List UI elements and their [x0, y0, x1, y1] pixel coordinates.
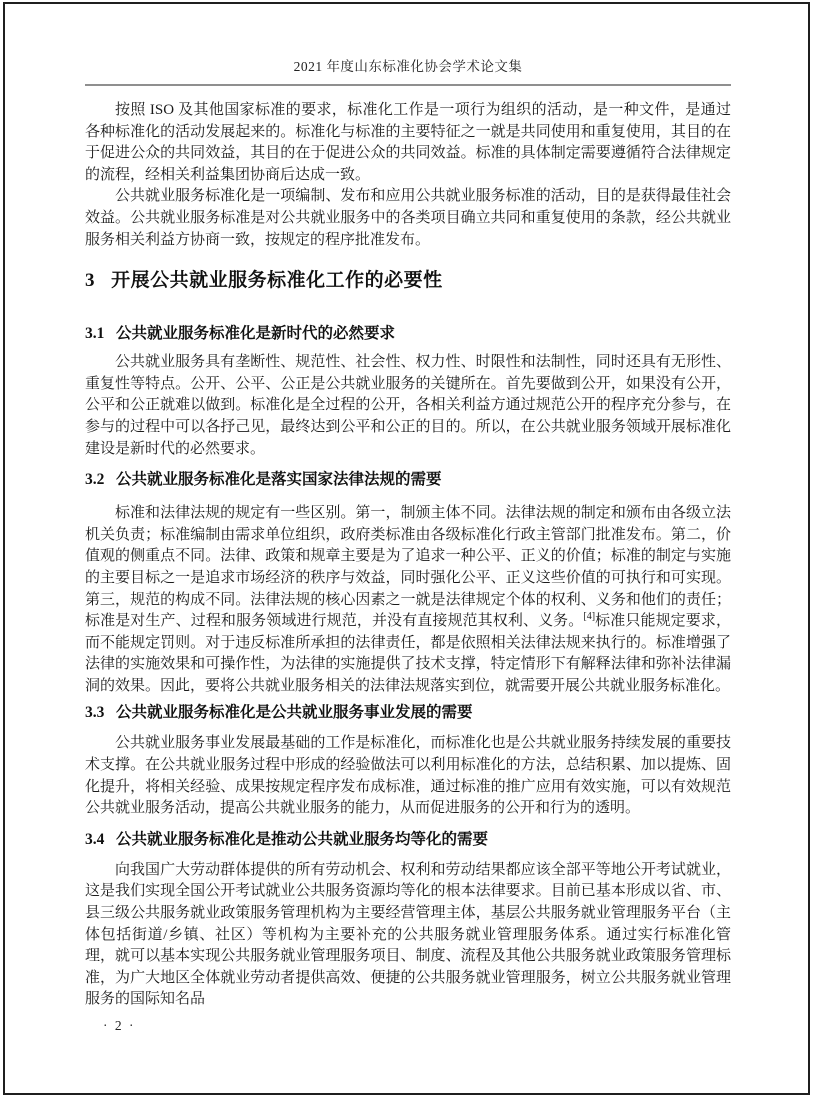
page-content: 2021 年度山东标准化协会学术论文集 按照 ISO 及其他国家标准的要求，标准… [85, 0, 731, 1034]
section-title: 开展公共就业服务标准化工作的必要性 [111, 270, 443, 291]
subsection-heading-3-1: 3.1公共就业服务标准化是新时代的必然要求 [85, 323, 731, 344]
subsection-title: 公共就业服务标准化是公共就业服务事业发展的需要 [116, 704, 473, 721]
subsection-paragraph-3-1: 公共就业服务具有垄断性、规范性、社会性、权力性、时限性和法制性，同时还具有无形性… [85, 352, 731, 460]
page-number: · 2 · [103, 1018, 731, 1034]
running-header-title: 2021 年度山东标准化协会学术论文集 [85, 0, 731, 75]
subsection-paragraph-3-2: 标准和法律法规的规定有一些区别。第一，制颁主体不同。法律法规的制定和颁布由各级立… [85, 503, 731, 697]
subsection-number: 3.3 [85, 704, 104, 721]
header-rule-divider [85, 84, 731, 86]
subsection-heading-3-3: 3.3公共就业服务标准化是公共就业服务事业发展的需要 [85, 702, 731, 723]
paragraph-text-before-citation: 标准和法律法规的规定有一些区别。第一，制颁主体不同。法律法规的制定和颁布由各级立… [85, 505, 731, 629]
subsection-number: 3.2 [85, 471, 104, 488]
intro-paragraph-2: 公共就业服务标准化是一项编制、发布和应用公共就业服务标准的活动，目的是获得最佳社… [85, 186, 731, 251]
intro-paragraph-1: 按照 ISO 及其他国家标准的要求，标准化工作是一项行为组织的活动，是一种文件，… [85, 100, 731, 186]
section-heading-3: 3开展公共就业服务标准化工作的必要性 [85, 268, 731, 294]
subsection-title: 公共就业服务标准化是落实国家法律法规的需要 [116, 471, 442, 488]
subsection-number: 3.4 [85, 831, 104, 848]
subsection-title: 公共就业服务标准化是新时代的必然要求 [116, 325, 395, 342]
citation-superscript-4: [4] [583, 611, 595, 622]
document-page: 2021 年度山东标准化协会学术论文集 按照 ISO 及其他国家标准的要求，标准… [0, 0, 816, 1100]
subsection-heading-3-2: 3.2公共就业服务标准化是落实国家法律法规的需要 [85, 469, 731, 490]
subsection-title: 公共就业服务标准化是推动公共就业服务均等化的需要 [116, 831, 488, 848]
section-number: 3 [85, 270, 95, 291]
subsection-number: 3.1 [85, 325, 104, 342]
subsection-heading-3-4: 3.4公共就业服务标准化是推动公共就业服务均等化的需要 [85, 829, 731, 850]
subsection-paragraph-3-4: 向我国广大劳动群体提供的所有劳动机会、权利和劳动结果都应该全部平等地公开考试就业… [85, 860, 731, 1011]
subsection-paragraph-3-3: 公共就业服务事业发展最基础的工作是标准化，而标准化也是公共就业服务持续发展的重要… [85, 733, 731, 819]
